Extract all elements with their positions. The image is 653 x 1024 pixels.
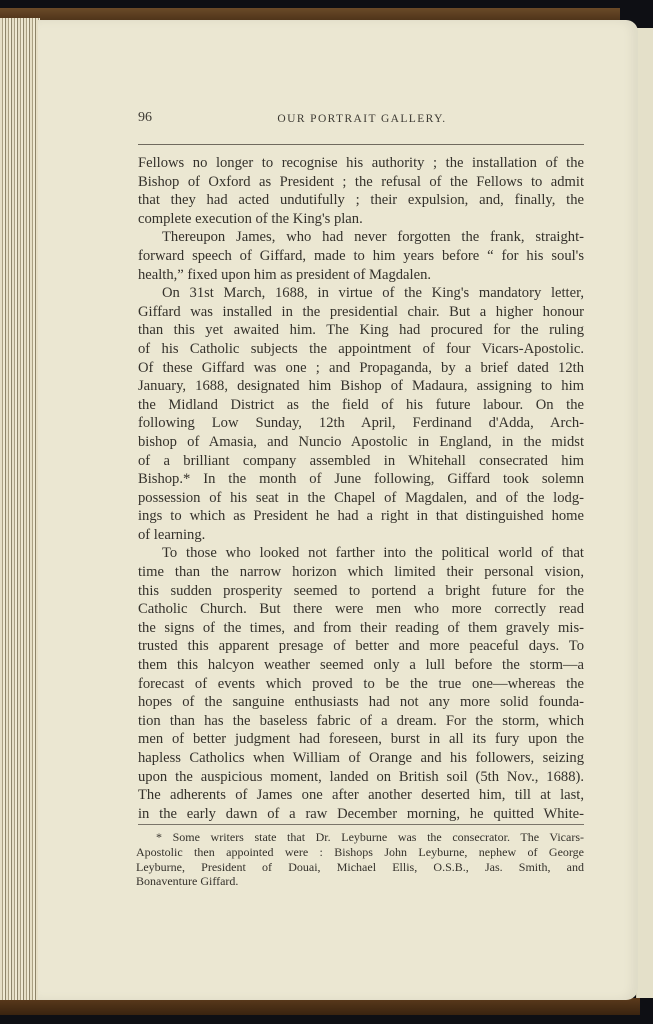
text-line: Catholic Church. But there were men who … (138, 600, 584, 619)
text-line: of a brilliant company assembled in Whit… (138, 452, 584, 471)
text-line: hopes of the sanguine enthusiasts had no… (138, 693, 584, 712)
text-line: Giffard was installed in the presidentia… (138, 303, 584, 322)
text-line: health,” fixed upon him as president of … (138, 266, 584, 285)
footnote-line: Bonaventure Giffard. (136, 874, 584, 889)
text-line: of learning. (138, 526, 584, 545)
text-line: trusted this apparent presage of better … (138, 637, 584, 656)
text-line: Bishop of Oxford as President ; the refu… (138, 173, 584, 192)
text-line: the signs of the times, and from their r… (138, 619, 584, 638)
text-line: possession of his seat in the Chapel of … (138, 489, 584, 508)
running-head: 96 OUR PORTRAIT GALLERY. (138, 110, 586, 130)
text-line: men of better judgment had foreseen, bur… (138, 730, 584, 749)
text-line: forward speech of Giffard, made to him y… (138, 247, 584, 266)
text-line: that they had acted undutifully ; their … (138, 191, 584, 210)
text-line: complete execution of the King's plan. (138, 210, 584, 229)
text-line: Fellows no longer to recognise his autho… (138, 154, 584, 173)
text-line: forecast of events which proved to be th… (138, 675, 584, 694)
text-line: in the early dawn of a raw December morn… (138, 805, 584, 824)
text-line: hapless Catholics when William of Orange… (138, 749, 584, 768)
text-line: tion than has the baseless fabric of a d… (138, 712, 584, 731)
footnote-rule (138, 824, 584, 825)
running-head-title: OUR PORTRAIT GALLERY. (138, 113, 586, 125)
next-page-edge (636, 28, 653, 998)
text-line: Bishop.* In the month of June following,… (138, 470, 584, 489)
body-text: Fellows no longer to recognise his autho… (138, 154, 584, 823)
text-line: bishop of Amasia, and Nuncio Apostolic i… (138, 433, 584, 452)
footnote-line: Leyburne, President of Douai, Michael El… (136, 860, 584, 875)
footnote-line: * Some writers state that Dr. Leyburne w… (136, 830, 584, 845)
text-line: To those who looked not farther into the… (138, 544, 584, 563)
text-line: this sudden prosperity seemed to portend… (138, 582, 584, 601)
text-line: The adherents of James one after another… (138, 786, 584, 805)
text-line: ings to which as President he had a righ… (138, 507, 584, 526)
text-line: Of these Giffard was one ; and Propagand… (138, 359, 584, 378)
book-cover-bottom-edge (0, 998, 640, 1015)
text-line: following Low Sunday, 12th April, Ferdin… (138, 414, 584, 433)
text-line: them this halcyon weather seemed only a … (138, 656, 584, 675)
text-line: Thereupon James, who had never forgotten… (138, 228, 584, 247)
footnote: * Some writers state that Dr. Leyburne w… (136, 830, 584, 889)
text-line: the Midland District as the field of his… (138, 396, 584, 415)
header-rule (138, 144, 584, 145)
text-line: than this yet awaited him. The King had … (138, 321, 584, 340)
text-line: time than the narrow horizon which limit… (138, 563, 584, 582)
stacked-page-edges (0, 18, 40, 1000)
text-line: January, 1688, designated him Bishop of … (138, 377, 584, 396)
text-line: On 31st March, 1688, in virtue of the Ki… (138, 284, 584, 303)
text-line: upon the auspicious moment, landed on Br… (138, 768, 584, 787)
footnote-line: Apostolic then appointed were : Bishops … (136, 845, 584, 860)
text-line: of his Catholic subjects the appointment… (138, 340, 584, 359)
